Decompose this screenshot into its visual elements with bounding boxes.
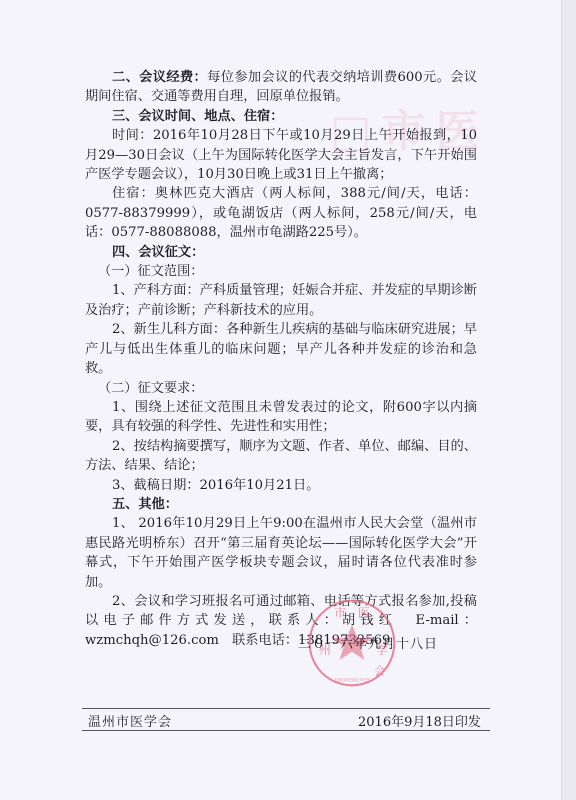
section-heading: 四、会议征文： bbox=[85, 243, 477, 262]
list-item: 1、 2016年10月29日上午9:00在温州市人民大会堂（温州市惠民路光明桥东… bbox=[85, 514, 477, 592]
footer-issuer: 温州市医学会 bbox=[88, 711, 172, 730]
footer-top-rule bbox=[82, 708, 490, 709]
section-fees: 二、会议经费：每位参加会议的代表交纳培训费600元。会议期间住宿、交通等费用自理… bbox=[85, 68, 477, 107]
section-heading: 三、会议时间、地点、住宿： bbox=[85, 107, 477, 126]
list-item: 1、产科方面：产科质量管理；妊娠合并症、并发症的早期诊断及治疗；产前诊断；产科新… bbox=[85, 281, 477, 320]
section-heading: 五、其他： bbox=[85, 495, 477, 514]
svg-text:3303025017835: 3303025017835 bbox=[334, 678, 370, 684]
document-body: 二、会议经费：每位参加会议的代表交纳培训费600元。会议期间住宿、交通等费用自理… bbox=[85, 68, 477, 650]
list-item: 2、新生儿科方面：各种新生儿疾病的基础与临床研究进展；早产儿与低出生体重儿的临床… bbox=[85, 320, 477, 378]
list-item: 2、按结构摘要撰写，顺序为文题、作者、单位、邮编、目的、方法、结果、结论； bbox=[85, 437, 477, 476]
section-heading: 二、会议经费： bbox=[112, 70, 207, 85]
paragraph-time: 时间：2016年10月28日下午或10月29日上午开始报到，10月29—30日会… bbox=[85, 126, 477, 184]
subsection-heading: （一）征文范围： bbox=[85, 262, 477, 281]
paragraph-lodging: 住宿：奥林匹克大酒店（两人标间，388元/间/天，电话：0577-8837999… bbox=[85, 184, 477, 242]
signature-date: 二０一六年九月十八日 bbox=[298, 633, 438, 652]
subsection-heading: （二）征文要求： bbox=[85, 379, 477, 398]
page-edge-strip bbox=[561, 0, 576, 800]
svg-text:会: 会 bbox=[374, 663, 385, 677]
footer-issue-date: 2016年9月18日印发 bbox=[358, 711, 481, 730]
list-item: 3、截稿日期：2016年10月21日。 bbox=[85, 476, 477, 495]
list-item: 1、围绕上述征文范围且未曾发表过的论文，附600字以内摘要，具有较强的科学性、先… bbox=[85, 398, 477, 437]
svg-text:市 医: 市 医 bbox=[334, 606, 370, 620]
footer-bottom-rule bbox=[82, 730, 490, 731]
